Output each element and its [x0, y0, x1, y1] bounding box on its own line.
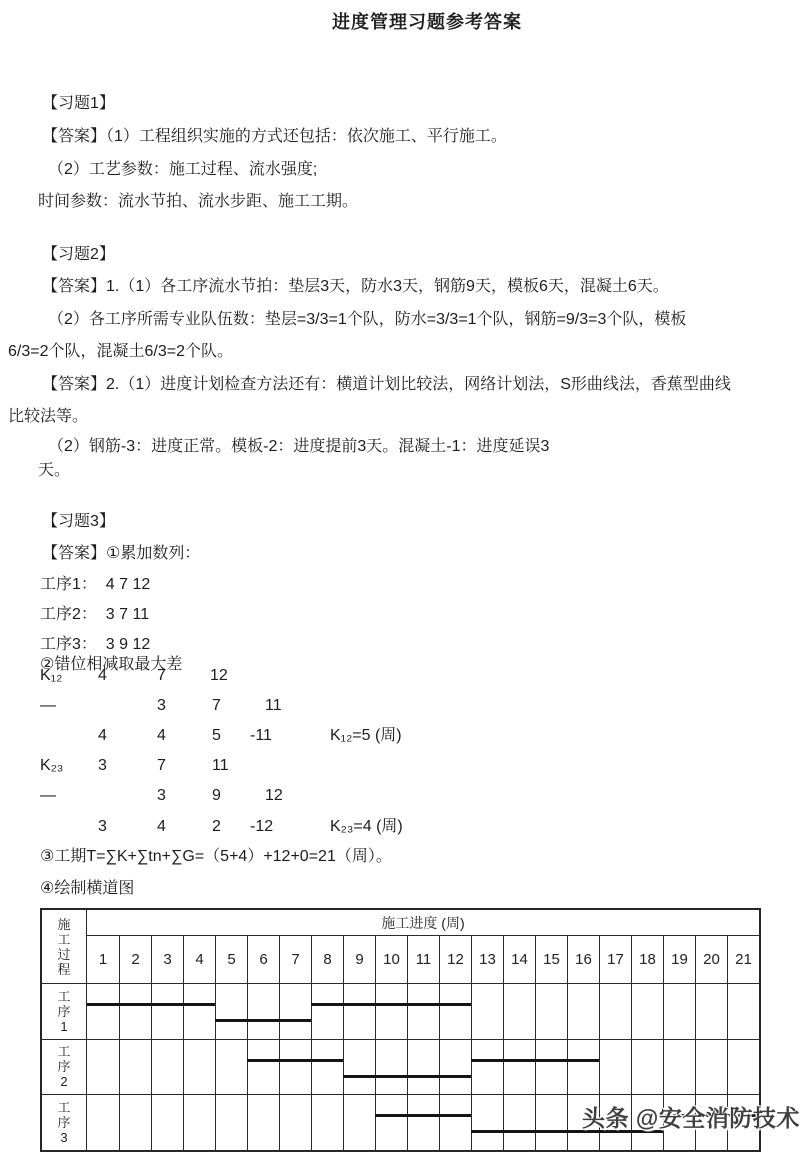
- ex2-answer-line: 6/3=2个队，混凝土6/3=2个队。: [8, 341, 233, 362]
- ex1-answer-line: 时间参数：流水节拍、流水步距、施工工期。: [38, 191, 358, 212]
- week-cell: 10: [375, 936, 407, 983]
- week-cell: 19: [663, 936, 695, 983]
- week-cell: 8: [311, 936, 343, 983]
- k-calc-cell: K₂₃=4 (周): [330, 817, 403, 837]
- k-calc-cell: -12: [250, 817, 273, 837]
- grid-cell: [215, 1039, 247, 1095]
- week-cell: 18: [631, 936, 663, 983]
- ex2-answer-line: 【答案】1.（1）各工序流水节拍：垫层3天，防水3天，钢筋9天，模板6天，混凝土…: [42, 276, 669, 297]
- grid-cell: [471, 1094, 503, 1150]
- k-calc-cell: 3: [157, 786, 166, 806]
- k-calc-cell: 7: [157, 666, 166, 686]
- k-calc-cell: —: [40, 786, 56, 806]
- week-cell: 9: [343, 936, 375, 983]
- ex2-answer-line: 【答案】2.（1）进度计划检查方法还有：横道计划比较法，网络计划法，S形曲线法，…: [42, 374, 731, 395]
- grid-cell: [727, 1039, 759, 1095]
- grid-cell: [375, 1039, 407, 1095]
- grid-cell: [439, 983, 471, 1039]
- grid-cell: [183, 1039, 215, 1095]
- grid-cell: [343, 1039, 375, 1095]
- gantt-bar: [215, 1019, 311, 1022]
- k-calc-cell: 7: [212, 696, 221, 716]
- grid-cell: [279, 1039, 311, 1095]
- grid-cell: [407, 1039, 439, 1095]
- k-calc-cell: -11: [250, 726, 272, 746]
- ex1-answer-line: 【答案】（1）工程组织实施的方式还包括：依次施工、平行施工。: [42, 126, 507, 147]
- grid-cell: [599, 983, 631, 1039]
- k-calc-cell: 2: [212, 817, 221, 837]
- process-row-label: 工 序 3: [42, 1094, 87, 1150]
- k-calc-cell: 9: [212, 786, 221, 806]
- k-calc-cell: 4: [98, 726, 107, 746]
- ex1-heading: 【习题1】: [42, 93, 115, 114]
- grid-cell: [503, 1094, 535, 1150]
- grid-cell: [663, 983, 695, 1039]
- k-calc-cell: 3: [98, 817, 107, 837]
- week-cell: 5: [215, 936, 247, 983]
- grid-cell: [503, 983, 535, 1039]
- grid-cell: [503, 1039, 535, 1095]
- grid-cell: [183, 983, 215, 1039]
- page-title: 进度管理习题参考答案: [0, 8, 800, 34]
- k-calc-cell: K₂₃: [40, 756, 63, 776]
- k-calc-cell: 12: [265, 786, 283, 806]
- grid-cell: [631, 983, 663, 1039]
- process-row-label: 工 序 1: [42, 983, 87, 1039]
- k-calc-cell: 4: [98, 666, 107, 686]
- grid-cell: [343, 983, 375, 1039]
- gantt-title-cell: 施工进度 (周): [87, 910, 759, 936]
- grid-cell: [119, 1039, 151, 1095]
- k-calc-cell: 4: [157, 726, 166, 746]
- week-cell: 7: [279, 936, 311, 983]
- ex2-answer-line: 天。: [38, 460, 70, 481]
- ex2-answer-line: 比较法等。: [8, 406, 88, 427]
- week-cell: 17: [599, 936, 631, 983]
- week-cell: 16: [567, 936, 599, 983]
- week-cell: 3: [151, 936, 183, 983]
- k-calc-cell: K₁₂=5 (周): [330, 726, 402, 746]
- grid-cell: [151, 1094, 183, 1150]
- ex1-answer-line: （2）工艺参数：施工过程、流水强度;: [48, 159, 317, 180]
- week-cell: 20: [695, 936, 727, 983]
- grid-cell: [247, 1039, 279, 1095]
- ex2-answer-line: （2）各工序所需专业队伍数：垫层=3/3=1个队，防水=3/3=1个队，钢筋=9…: [48, 309, 686, 330]
- week-cell: 13: [471, 936, 503, 983]
- week-cell: 4: [183, 936, 215, 983]
- gantt-bar: [471, 1059, 599, 1062]
- gantt-bar: [247, 1059, 343, 1062]
- gantt-bar: [343, 1075, 471, 1078]
- grid-cell: [311, 1039, 343, 1095]
- grid-cell: [631, 1039, 663, 1095]
- cumulative-seq-2: 工序2： 3 7 11: [40, 604, 149, 625]
- grid-cell: [439, 1039, 471, 1095]
- grid-cell: [535, 1094, 567, 1150]
- grid-cell: [567, 1039, 599, 1095]
- grid-cell: [375, 983, 407, 1039]
- grid-cell: [407, 1094, 439, 1150]
- gantt-bar: [375, 1114, 471, 1117]
- k-calc-cell: 7: [157, 756, 166, 776]
- cumulative-seq-1: 工序1： 4 7 12: [40, 574, 150, 595]
- grid-cell: [343, 1094, 375, 1150]
- watermark: 头条 @安全消防技术: [582, 1100, 800, 1133]
- grid-cell: [311, 1094, 343, 1150]
- week-cell: 12: [439, 936, 471, 983]
- grid-cell: [247, 1094, 279, 1150]
- k-calc-cell: 5: [212, 726, 221, 746]
- week-cell: 14: [503, 936, 535, 983]
- gantt-bar: [87, 1003, 215, 1006]
- grid-cell: [87, 1094, 119, 1150]
- process-column-header: 施 工 过 程: [42, 910, 87, 983]
- cumulative-seq-3: 工序3： 3 9 12: [40, 634, 150, 655]
- grid-cell: [183, 1094, 215, 1150]
- k-calc-cell: 12: [210, 666, 228, 686]
- grid-cell: [215, 1094, 247, 1150]
- grid-cell: [439, 1094, 471, 1150]
- week-cell: 15: [535, 936, 567, 983]
- week-cell: 1: [87, 936, 119, 983]
- grid-cell: [663, 1039, 695, 1095]
- k-calc-cell: 3: [157, 696, 166, 716]
- grid-cell: [695, 983, 727, 1039]
- week-cell: 21: [727, 936, 759, 983]
- k-calc-cell: 11: [265, 696, 282, 716]
- grid-cell: [535, 1039, 567, 1095]
- grid-cell: [471, 1039, 503, 1095]
- week-cell: 2: [119, 936, 151, 983]
- grid-cell: [311, 983, 343, 1039]
- grid-cell: [567, 983, 599, 1039]
- grid-cell: [695, 1039, 727, 1095]
- k-calc-cell: K₁₂: [40, 666, 62, 686]
- grid-cell: [599, 1039, 631, 1095]
- k-calc-cell: 11: [212, 756, 229, 776]
- k-calc-cell: 4: [157, 817, 166, 837]
- grid-cell: [247, 983, 279, 1039]
- grid-cell: [407, 983, 439, 1039]
- document-page: { "page": { "title": "进度管理习题参考答案" }, "li…: [0, 0, 800, 1152]
- grid-cell: [87, 983, 119, 1039]
- grid-cell: [375, 1094, 407, 1150]
- grid-cell: [727, 983, 759, 1039]
- grid-cell: [87, 1039, 119, 1095]
- ex2-answer-line: （2）钢筋-3：进度正常。模板-2：进度提前3天。混凝土-1：进度延误3: [48, 436, 549, 457]
- grid-cell: [471, 983, 503, 1039]
- step4-heading: ④绘制横道图: [40, 878, 134, 899]
- grid-cell: [279, 983, 311, 1039]
- grid-cell: [215, 983, 247, 1039]
- grid-cell: [535, 983, 567, 1039]
- ex2-heading: 【习题2】: [42, 244, 115, 265]
- ex3-heading: 【习题3】: [42, 511, 115, 532]
- k-calc-cell: 3: [98, 756, 107, 776]
- week-cell: 6: [247, 936, 279, 983]
- step3-duration-formula: ③工期T=∑K+∑tn+∑G=（5+4）+12+0=21（周）。: [40, 846, 392, 867]
- grid-cell: [151, 983, 183, 1039]
- ex3-answer-line: 【答案】①累加数列：: [42, 543, 200, 564]
- grid-cell: [119, 983, 151, 1039]
- grid-cell: [119, 1094, 151, 1150]
- gantt-bar: [311, 1003, 471, 1006]
- k-calc-cell: —: [40, 696, 56, 716]
- grid-cell: [151, 1039, 183, 1095]
- process-row-label: 工 序 2: [42, 1039, 87, 1095]
- week-cell: 11: [407, 936, 439, 983]
- grid-cell: [279, 1094, 311, 1150]
